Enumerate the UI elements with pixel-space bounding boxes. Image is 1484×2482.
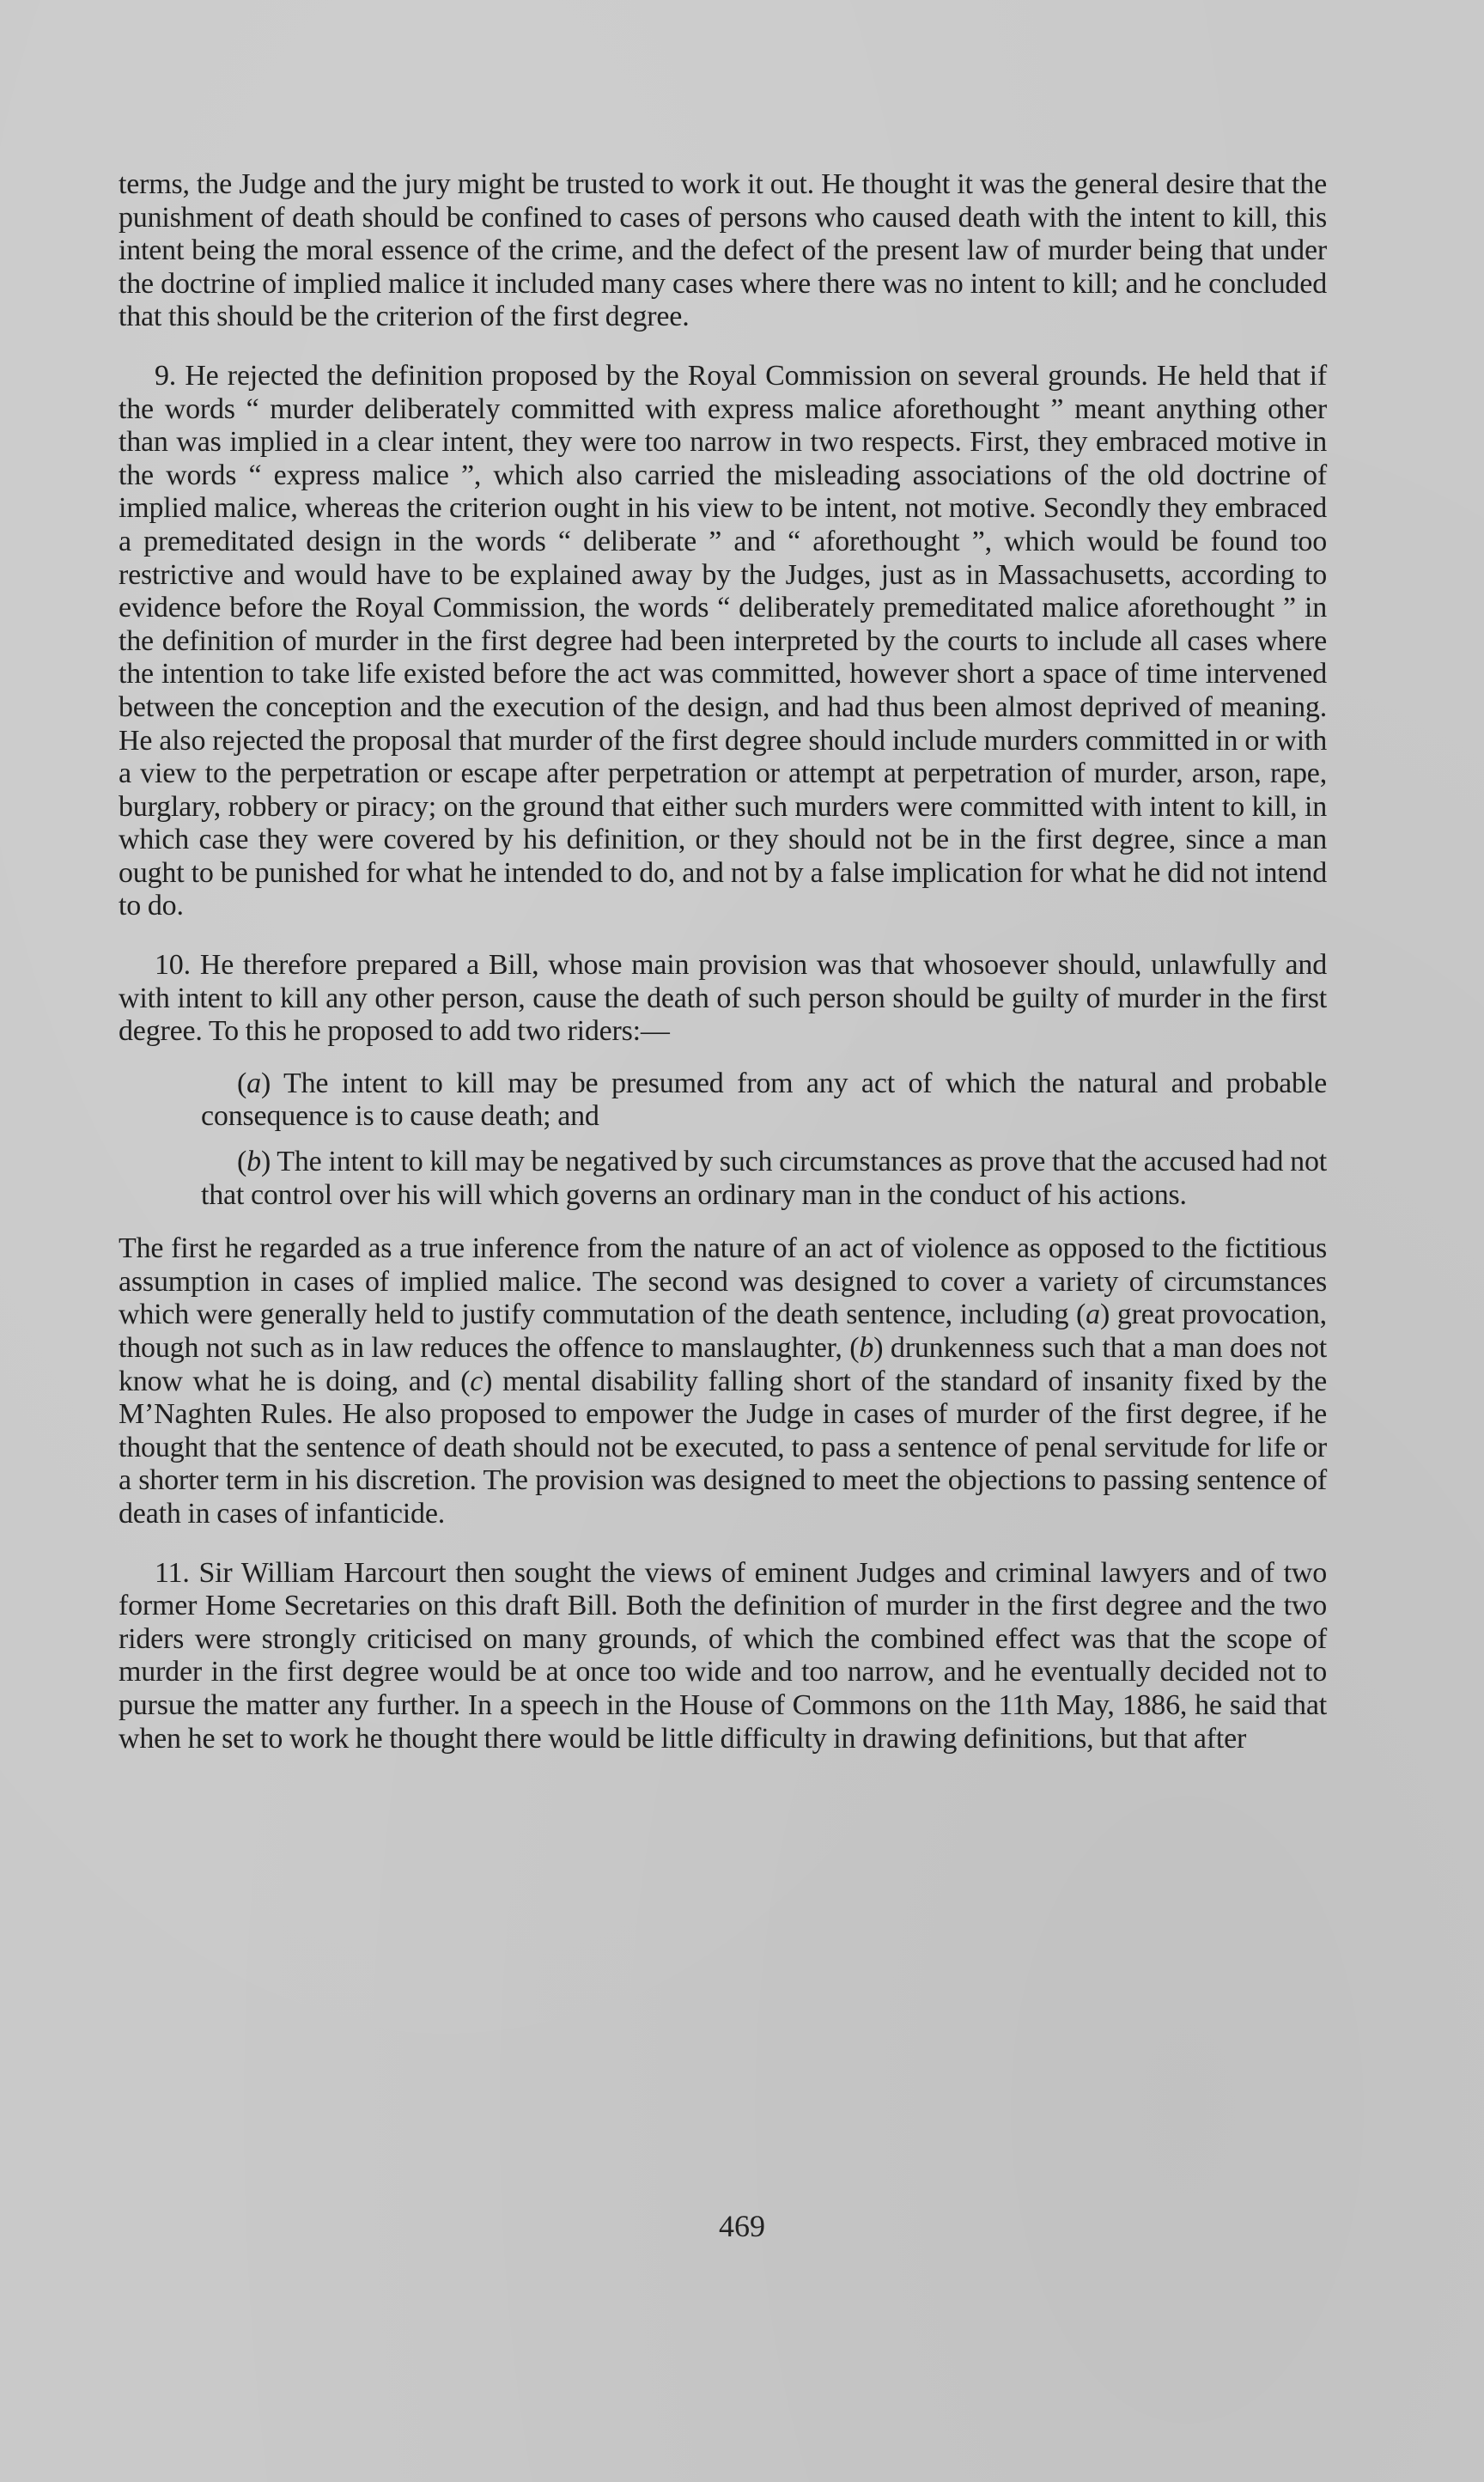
rider-label: (a) — [237, 1068, 271, 1099]
rider-b: (b) The intent to kill may be negatived … — [201, 1146, 1327, 1212]
paragraph-after-riders: The first he regarded as a true inferenc… — [119, 1232, 1327, 1530]
paragraph-number: 11. — [155, 1557, 190, 1589]
page-number: 469 — [0, 2209, 1484, 2243]
paragraph-text: Sir William Harcourt then sought the vie… — [119, 1557, 1327, 1755]
inline-label: a — [1086, 1299, 1100, 1330]
rider-text: The intent to kill may be presumed from … — [201, 1068, 1327, 1133]
rider-text: The intent to kill may be negatived by s… — [201, 1146, 1327, 1211]
paragraph-number: 10. — [155, 949, 191, 981]
paragraph-text: He therefore prepared a Bill, whose main… — [119, 949, 1327, 1047]
paragraph-continued: terms, the Judge and the jury might be t… — [119, 168, 1327, 334]
riders-list: (a) The intent to kill may be presumed f… — [201, 1068, 1327, 1212]
paragraph-9: 9. He rejected the definition proposed b… — [119, 360, 1327, 923]
paragraph-11: 11. Sir William Harcourt then sought the… — [119, 1557, 1327, 1756]
rider-label: (b) — [237, 1146, 271, 1177]
inline-label: c — [470, 1366, 483, 1397]
paragraph-text: terms, the Judge and the jury might be t… — [119, 168, 1327, 332]
paragraph-number: 9. — [155, 360, 176, 392]
rider-a: (a) The intent to kill may be presumed f… — [201, 1068, 1327, 1134]
paragraph-10: 10. He therefore prepared a Bill, whose … — [119, 949, 1327, 1049]
paragraph-text: He rejected the definition proposed by t… — [119, 360, 1327, 922]
document-page: terms, the Judge and the jury might be t… — [119, 168, 1327, 1755]
inline-label: b — [859, 1332, 873, 1364]
